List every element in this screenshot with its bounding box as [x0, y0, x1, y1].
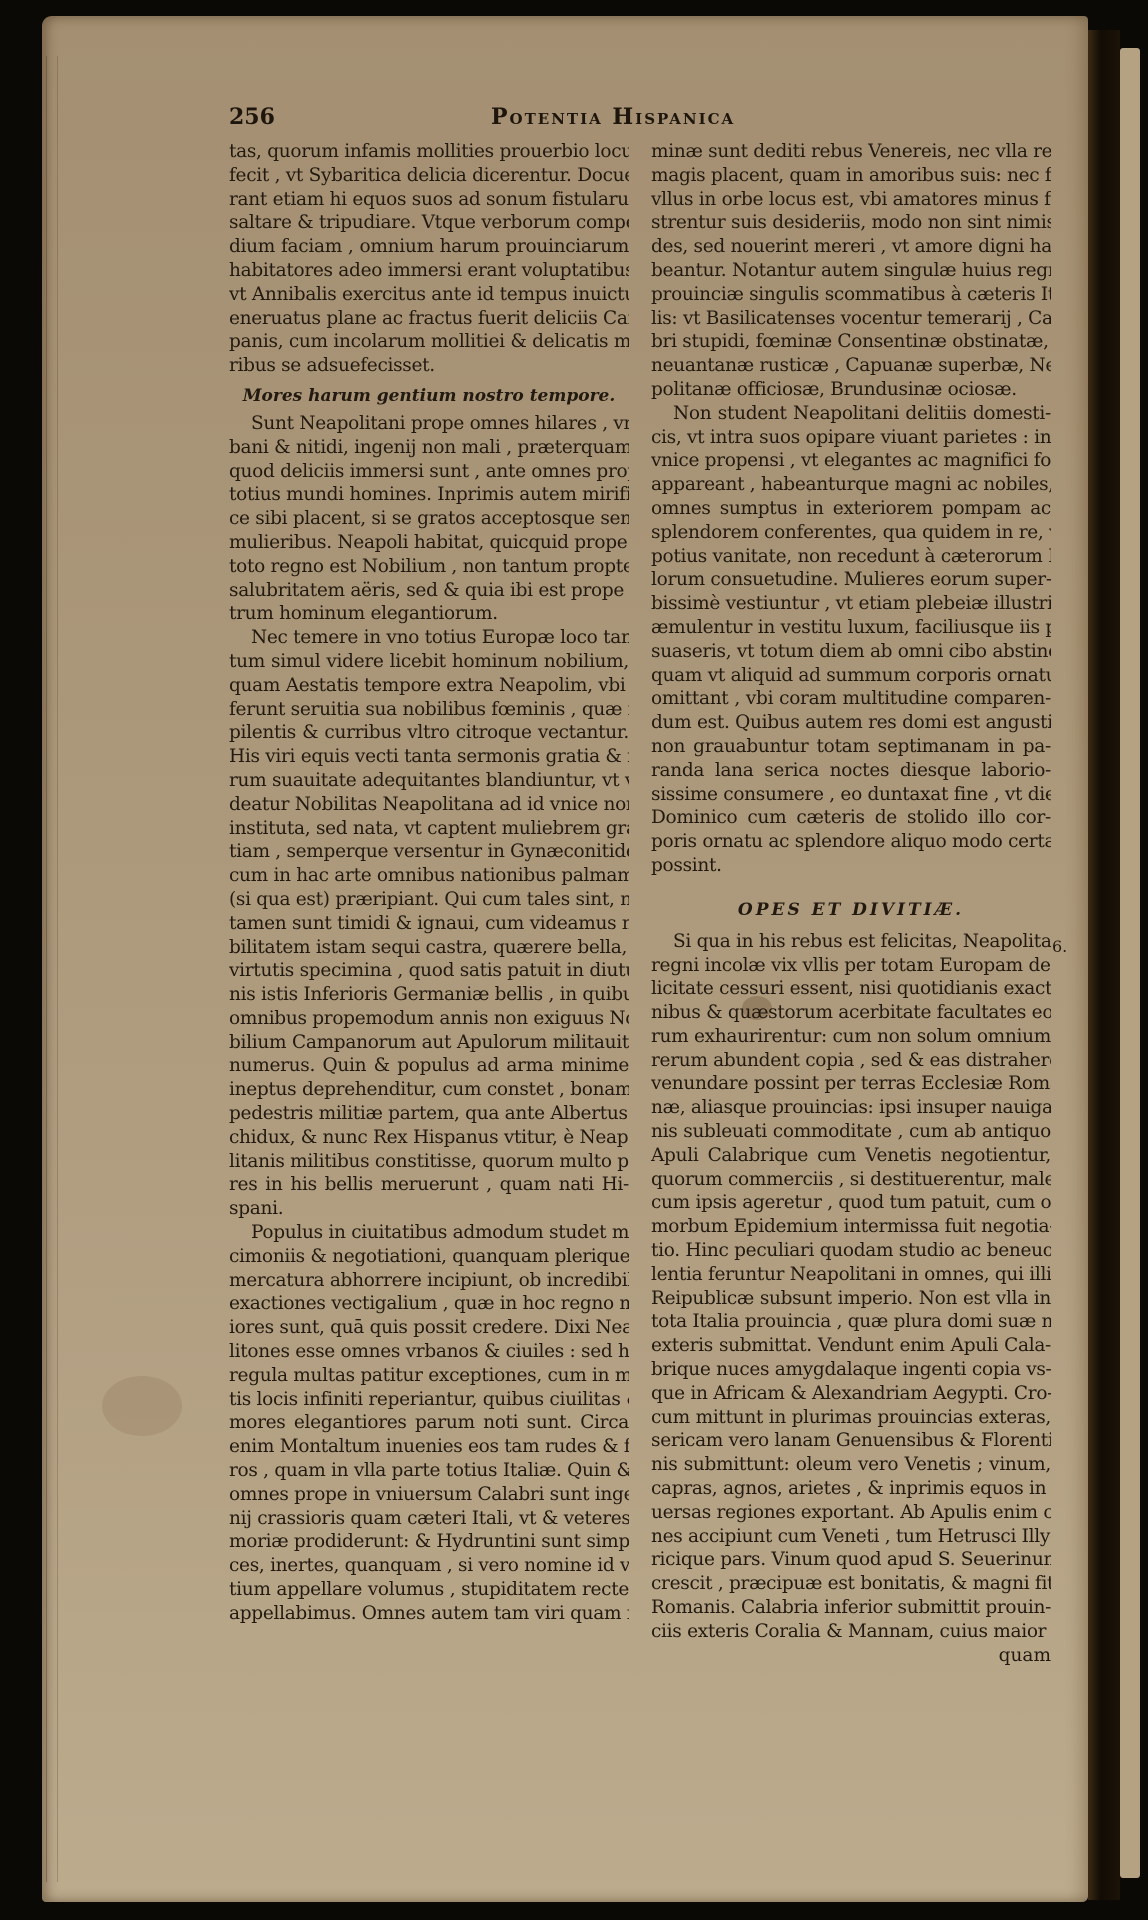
text-line: res in his bellis meruerunt , quam nati …: [229, 1173, 629, 1197]
text-line: vt Annibalis exercitus ante id tempus in…: [229, 283, 629, 307]
text-line: ros , quam in vlla parte totius Italiæ. …: [229, 1459, 629, 1483]
text-line: instituta, sed nata, vt captent muliebre…: [229, 817, 629, 841]
text-line: pedestris militiæ partem, qua ante Alber…: [229, 1102, 629, 1126]
text-line: quod deliciis immersi sunt , ante omnes …: [229, 460, 629, 484]
text-line: lis: vt Basilicatenses vocentur temerari…: [651, 307, 1051, 331]
text-line: politanæ officiosæ, Brundusinæ ociosæ.: [651, 378, 1051, 402]
book-gutter: [1088, 30, 1120, 1900]
text-line: ineptus deprehenditur, cum constet , bon…: [229, 1078, 629, 1102]
paper-stain: [102, 1376, 182, 1436]
text-line: crescit , præcipuæ est bonitatis, & magn…: [651, 1572, 1051, 1596]
text-line: bissimè vestiuntur , vt etiam plebeiæ il…: [651, 592, 1051, 616]
text-line: beantur. Notantur autem singulæ huius re…: [651, 259, 1051, 283]
text-line: nis istis Inferioris Germaniæ bellis , i…: [229, 983, 629, 1007]
text-line: morbum Epidemium intermissa fuit negotia…: [651, 1215, 1051, 1239]
text-line: sericam vero lanam Genuensibus & Florent…: [651, 1429, 1051, 1453]
text-line: bilium Campanorum aut Apulorum militauit: [229, 1031, 629, 1055]
text-line: regula multas patitur exceptiones, cum i…: [229, 1364, 629, 1388]
text-line: bilitatem istam sequi castra, quærere be…: [229, 936, 629, 960]
margin-note: 6.: [1052, 937, 1067, 956]
text-line: regni incolæ vix vllis per totam Europam…: [651, 954, 1051, 978]
text-line: que in Africam & Alexandriam Aegypti. Cr…: [651, 1382, 1051, 1406]
section-heading: OPES ET DIVITIÆ.: [651, 892, 1051, 920]
section-heading: Mores harum gentium nostro tempore.: [229, 378, 629, 406]
text-line: dium faciam , omnium harum prouinciarum: [229, 235, 629, 259]
text-line: uersas regiones exportant. Ab Apulis eni…: [651, 1501, 1051, 1525]
text-line: cimoniis & negotiationi, quanquam pleriq…: [229, 1245, 629, 1269]
text-line: ricique pars. Vinum quod apud S. Seuerin…: [651, 1548, 1051, 1572]
text-line: saltare & tripudiare. Vtque verborum com…: [229, 211, 629, 235]
text-line: spani.: [229, 1197, 629, 1221]
text-line: tis locis infiniti reperiantur, quibus c…: [229, 1388, 629, 1412]
text-line: pilentis & curribus vltro citroque vecta…: [229, 721, 629, 745]
text-line: tota Italia prouincia , quæ plura domi s…: [651, 1310, 1051, 1334]
text-line: lentia feruntur Neapolitani in omnes, qu…: [651, 1263, 1051, 1287]
text-line: nis subleuati commoditate , cum ab antiq…: [651, 1120, 1051, 1144]
text-line: omittant , vbi coram multitudine compare…: [651, 687, 1051, 711]
text-line: Si qua in his rebus est felicitas, Neapo…: [651, 930, 1051, 954]
text-line: quam Aestatis tempore extra Neapolim, vb…: [229, 674, 629, 698]
text-line: lorum consuetudine. Mulieres eorum super…: [651, 568, 1051, 592]
text-line: vllus in orbe locus est, vbi amatores mi…: [651, 188, 1051, 212]
text-line: mores elegantiores parum noti sunt. Circ…: [229, 1411, 629, 1435]
text-line: enim Montaltum inuenies eos tam rudes & …: [229, 1435, 629, 1459]
text-line: nibus & quæstorum acerbitate facultates …: [651, 1001, 1051, 1025]
text-line: des, sed nouerint mereri , vt amore dign…: [651, 235, 1051, 259]
text-line: Non student Neapolitani delitiis domesti…: [651, 402, 1051, 426]
text-line: habitatores adeo immersi erant voluptati…: [229, 259, 629, 283]
text-line: possint.: [651, 854, 1051, 878]
page-number: 256: [229, 104, 275, 130]
text-line: capras, agnos, arietes , & inprimis equo…: [651, 1477, 1051, 1501]
text-line: tio. Hinc peculiari quodam studio ac ben…: [651, 1239, 1051, 1263]
left-column: tas, quorum infamis mollities prouerbio …: [229, 140, 629, 1626]
text-line: deatur Nobilitas Neapolitana ad id vnice…: [229, 793, 629, 817]
text-line: omnes sumptus in exteriorem pompam ac: [651, 497, 1051, 521]
text-line: His viri equis vecti tanta sermonis grat…: [229, 745, 629, 769]
text-line: ribus se adsuefecisset.: [229, 354, 629, 378]
text-line: tamen sunt timidi & ignaui, cum videamus…: [229, 912, 629, 936]
text-line: prouinciæ singulis scommatibus à cæteris…: [651, 283, 1051, 307]
text-line: vnice propensi , vt elegantes ac magnifi…: [651, 449, 1051, 473]
text-line: ciis exteris Coralia & Mannam, cuius mai…: [651, 1620, 1051, 1644]
text-line: Dominico cum cæteris de stolido illo cor…: [651, 806, 1051, 830]
text-line: cum ipsis ageretur , quod tum patuit, cu…: [651, 1191, 1051, 1215]
page-header: 256 Potentia Hispanica: [229, 104, 1047, 134]
text-line: Sunt Neapolitani prope omnes hilares , v…: [229, 412, 629, 436]
text-line: neuantanæ rusticæ , Capuanæ superbæ, Nea…: [651, 354, 1051, 378]
text-line: mulieribus. Neapoli habitat, quicquid pr…: [229, 531, 629, 555]
text-line: toto regno est Nobilium , non tantum pro…: [229, 555, 629, 579]
text-line: licitate cessuri essent, nisi quotidiani…: [651, 977, 1051, 1001]
text-line: iores sunt, quā quis possit credere. Dix…: [229, 1316, 629, 1340]
text-line: Apuli Calabrique cum Venetis negotientur…: [651, 1144, 1051, 1168]
text-line: brique nuces amygdalaque ingenti copia v…: [651, 1358, 1051, 1382]
text-line: Nec temere in vno totius Europæ loco tan…: [229, 626, 629, 650]
text-line: trum hominum elegantiorum.: [229, 602, 629, 626]
text-line: eneruatus plane ac fractus fuerit delici…: [229, 307, 629, 331]
text-line: rum exhaurirentur: cum non solum omnium: [651, 1025, 1051, 1049]
text-line: litones esse omnes vrbanos & ciuiles : s…: [229, 1340, 629, 1364]
text-line: Reipublicæ subsunt imperio. Non est vlla…: [651, 1287, 1051, 1311]
text-line: bri stupidi, fœminæ Consentinæ obstinatæ…: [651, 330, 1051, 354]
text-line: strentur suis desideriis, modo non sint …: [651, 211, 1051, 235]
text-line: nis submittunt: oleum vero Venetis ; vin…: [651, 1453, 1051, 1477]
text-line: randa lana serica noctes diesque laborio…: [651, 759, 1051, 783]
text-line: exteris submittat. Vendunt enim Apuli Ca…: [651, 1334, 1051, 1358]
text-line: poris ornatu ac splendore aliquo modo ce…: [651, 830, 1051, 854]
text-line: tium appellare volumus , stupiditatem re…: [229, 1578, 629, 1602]
text-line: quorum commerciis , si destituerentur, m…: [651, 1168, 1051, 1192]
text-line: rant etiam hi equos suos ad sonum fistul…: [229, 188, 629, 212]
text-line: potius vanitate, non recedunt à cæteroru…: [651, 545, 1051, 569]
text-line: Populus in ciuitatibus admodum studet me…: [229, 1221, 629, 1245]
adjacent-page-edge: [1120, 48, 1140, 1878]
text-line: rum suauitate adequitantes blandiuntur, …: [229, 769, 629, 793]
text-line: appareant , habeanturque magni ac nobile…: [651, 473, 1051, 497]
text-line: quam vt aliquid ad summum corporis ornat…: [651, 664, 1051, 688]
text-line: nij crassioris quam cæteri Itali, vt & v…: [229, 1507, 629, 1531]
text-line: tiam , semperque versentur in Gynæconiti…: [229, 840, 629, 864]
text-line: mercatura abhorrere incipiunt, ob incred…: [229, 1269, 629, 1293]
text-line: totius mundi homines. Inprimis autem mir…: [229, 483, 629, 507]
text-line: tum simul videre licebit hominum nobiliu…: [229, 650, 629, 674]
right-column: minæ sunt dediti rebus Venereis, nec vll…: [651, 140, 1051, 1667]
text-line: panis, cum incolarum mollitiei & delicat…: [229, 330, 629, 354]
text-line: æmulentur in vestitu luxum, faciliusque …: [651, 616, 1051, 640]
text-line: fecit , vt Sybaritica delicia dicerentur…: [229, 164, 629, 188]
text-line: magis placent, quam in amoribus suis: ne…: [651, 164, 1051, 188]
text-line: omnibus propemodum annis non exiguus No-: [229, 1007, 629, 1031]
text-line: litanis militibus constitisse, quorum mu…: [229, 1150, 629, 1174]
text-line: dum est. Quibus autem res domi est angus…: [651, 711, 1051, 735]
text-line: ferunt seruitia sua nobilibus fœminis , …: [229, 698, 629, 722]
text-line: minæ sunt dediti rebus Venereis, nec vll…: [651, 140, 1051, 164]
text-line: venundare possint per terras Ecclesiæ Ro…: [651, 1072, 1051, 1096]
text-line: moriæ prodiderunt: & Hydruntini sunt sim…: [229, 1530, 629, 1554]
text-line: ces, inertes, quanquam , si vero nomine …: [229, 1554, 629, 1578]
running-title: Potentia Hispanica: [491, 104, 735, 130]
text-line: Romanis. Calabria inferior submittit pro…: [651, 1596, 1051, 1620]
text-line: salubritatem aëris, sed & quia ibi est p…: [229, 579, 629, 603]
catchword: quam: [651, 1644, 1051, 1668]
text-line: ce sibi placent, si se gratos acceptosqu…: [229, 507, 629, 531]
text-line: cum mittunt in plurimas prouincias exter…: [651, 1406, 1051, 1430]
text-line: suaseris, vt totum diem ab omni cibo abs…: [651, 640, 1051, 664]
text-line: rerum abundent copia , sed & eas distrah…: [651, 1049, 1051, 1073]
text-line: næ, aliasque prouincias: ipsi insuper na…: [651, 1096, 1051, 1120]
text-line: tas, quorum infamis mollities prouerbio …: [229, 140, 629, 164]
text-line: bani & nitidi, ingenij non mali , præter…: [229, 436, 629, 460]
text-line: sissime consumere , eo duntaxat fine , v…: [651, 783, 1051, 807]
text-line: nes accipiunt cum Veneti , tum Hetrusci …: [651, 1525, 1051, 1549]
text-line: cum in hac arte omnibus nationibus palma…: [229, 864, 629, 888]
text-line: virtutis specimina , quod satis patuit i…: [229, 959, 629, 983]
text-line: non grauabuntur totam septimanam in pa-: [651, 735, 1051, 759]
text-line: (si qua est) præripiant. Qui cum tales s…: [229, 888, 629, 912]
text-line: omnes prope in vniuersum Calabri sunt in…: [229, 1483, 629, 1507]
text-line: exactiones vectigalium , quæ in hoc regn…: [229, 1292, 629, 1316]
text-line: splendorem conferentes, qua quidem in re…: [651, 521, 1051, 545]
text-line: chidux, & nunc Rex Hispanus vtitur, è Ne…: [229, 1126, 629, 1150]
text-line: cis, vt intra suos opipare viuant pariet…: [651, 426, 1051, 450]
text-line: numerus. Quin & populus ad arma minime: [229, 1054, 629, 1078]
text-line: appellabimus. Omnes autem tam viri quam …: [229, 1602, 629, 1626]
